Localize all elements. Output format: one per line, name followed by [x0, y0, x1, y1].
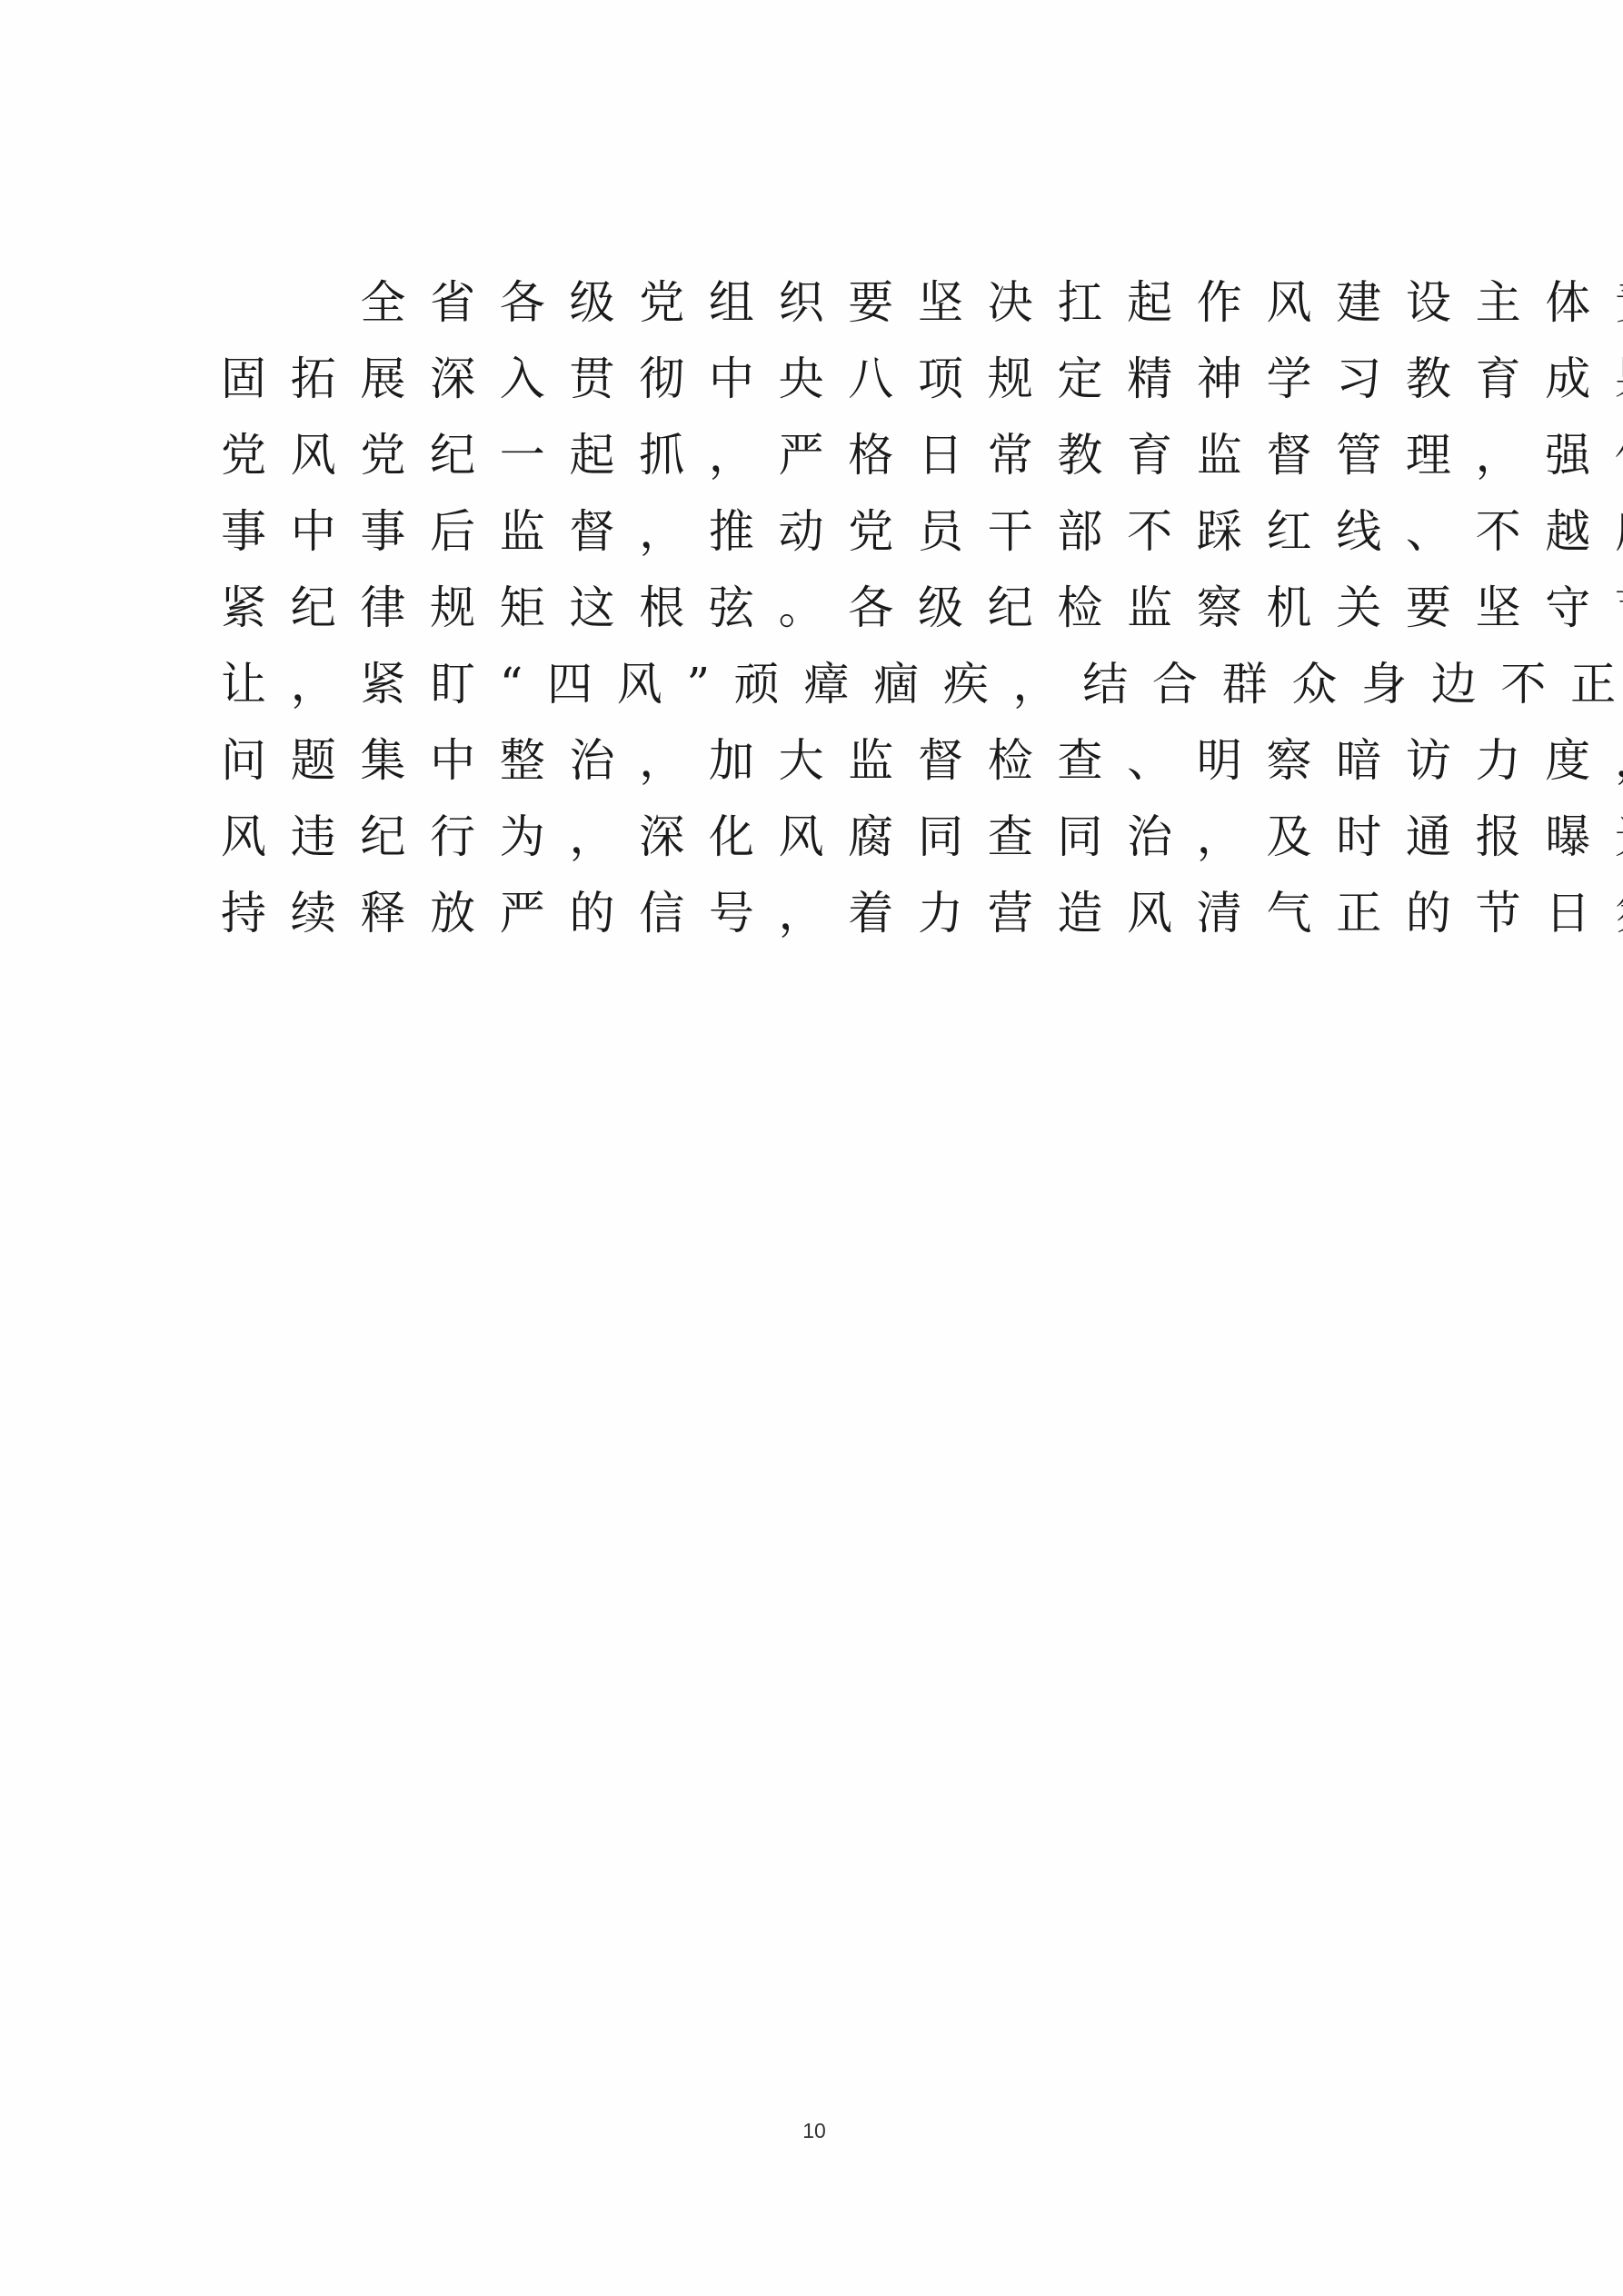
- paragraph-line-6: 让，紧盯“四风”顽瘴痼疾，结合群众身边不正之风和腐败: [221, 651, 1429, 727]
- paragraph-line-8: 风违纪行为，深化风腐同查同治，及时通报曝光典型案例，: [221, 803, 1429, 880]
- paragraph-line-7: 问题集中整治，加大监督检查、明察暗访力度，速查严处顶: [221, 727, 1429, 803]
- paragraph-line-9: 持续释放严的信号，着力营造风清气正的节日氛围。: [221, 880, 1429, 956]
- paragraph-line-4: 事中事后监督，推动党员干部不踩红线、不越底线，时刻绷: [221, 498, 1429, 574]
- paragraph-line-1: 全省各级党组织要坚决扛起作风建设主体责任，持续巩: [221, 269, 1429, 345]
- body-paragraph: 全省各级党组织要坚决扛起作风建设主体责任，持续巩 固拓展深入贯彻中央八项规定精神…: [221, 269, 1429, 956]
- page-number: 10: [0, 2119, 1623, 2143]
- paragraph-line-5: 紧纪律规矩这根弦。各级纪检监察机关要坚守节点、寸步不: [221, 574, 1429, 651]
- paragraph-line-2: 固拓展深入贯彻中央八项规定精神学习教育成果，坚持党性: [221, 345, 1429, 422]
- paragraph-line-3: 党风党纪一起抓，严格日常教育监督管理，强化事前提醒、: [221, 422, 1429, 498]
- document-page: 全省各级党组织要坚决扛起作风建设主体责任，持续巩 固拓展深入贯彻中央八项规定精神…: [0, 0, 1623, 2296]
